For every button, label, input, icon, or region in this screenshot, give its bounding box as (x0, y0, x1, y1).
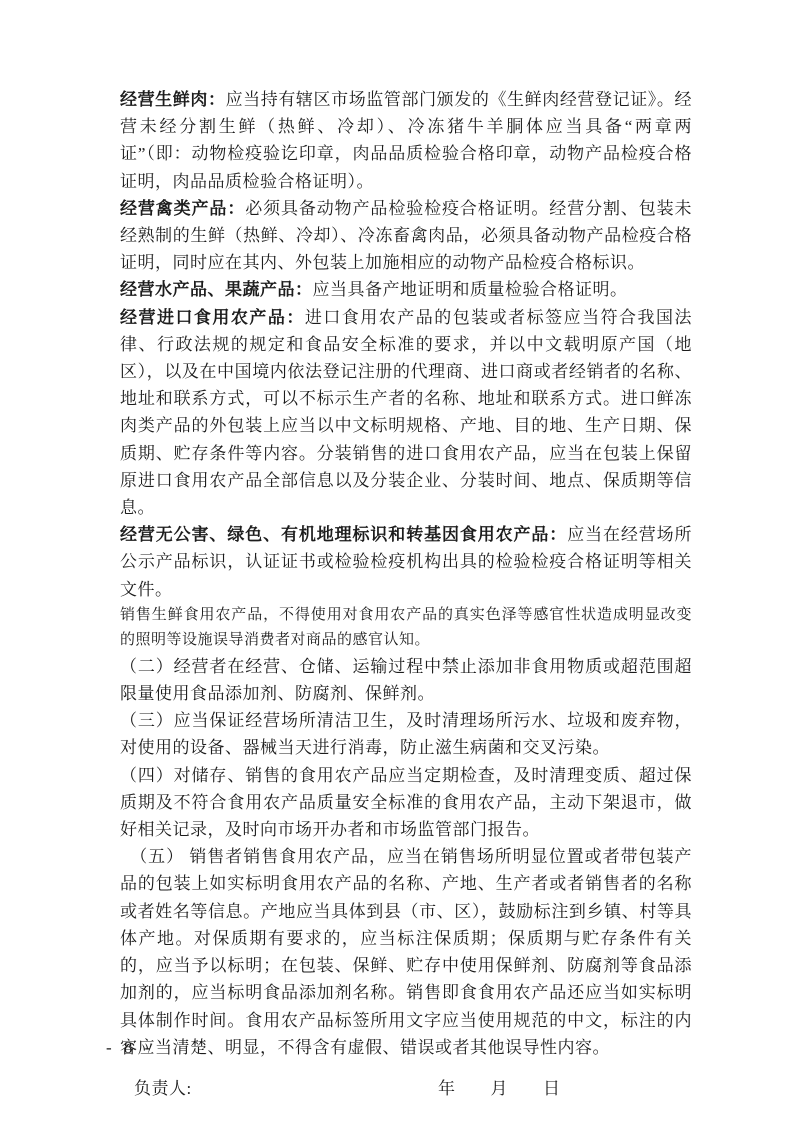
paragraph-text: （五） 销售者销售食用农产品，应当在销售场所明显位置或者带包装产品的包装上如实标… (120, 847, 692, 1056)
paragraph-item-5: （五） 销售者销售食用农产品，应当在销售场所明显位置或者带包装产品的包装上如实标… (120, 843, 692, 1061)
section-heading: 经营禽类产品： (120, 199, 245, 218)
document-body: 经营生鲜肉：应当持有辖区市场监管部门颁发的《生鲜肉经营登记证》。经营未经分割生鲜… (120, 86, 692, 1103)
section-paragraph-aquatic-fruit-vegetable: 经营水产品、果蔬产品：应当具备产地证明和质量检验合格证明。 (120, 276, 692, 303)
paragraph-item-3: （三）应当保证经营场所清洁卫生，及时清理场所污水、垃圾和废弃物，对使用的设备、器… (120, 707, 692, 761)
paragraph-item-2: （二）经营者在经营、仓储、运输过程中禁止添加非食用物质或超范围超限量使用食品添加… (120, 653, 692, 707)
section-heading: 经营水产品、果蔬产品： (120, 280, 313, 299)
section-heading: 经营无公害、绿色、有机地理标识和转基因食用农产品： (120, 525, 567, 544)
section-paragraph-fresh-meat: 经营生鲜肉：应当持有辖区市场监管部门颁发的《生鲜肉经营登记证》。经营未经分割生鲜… (120, 86, 692, 195)
section-heading: 经营生鲜肉： (120, 90, 226, 109)
paragraph-text: 销售生鲜食用农产品，不得使用对食用农产品的真实色泽等感官性状造成明显改变的照明等… (120, 607, 692, 648)
paragraph-text: （四）对储存、销售的食用农产品应当定期检查，及时清理变质、超过保质期及不符合食用… (120, 766, 692, 839)
paragraph-item-4: （四）对储存、销售的食用农产品应当定期检查，及时清理变质、超过保质期及不符合食用… (120, 762, 692, 844)
date-placeholder: 年 月 日 (438, 1075, 561, 1102)
paragraph-fresh-product-lighting: 销售生鲜食用农产品，不得使用对食用农产品的真实色泽等感官性状造成明显改变的照明等… (120, 603, 692, 653)
section-paragraph-certified-agri-products: 经营无公害、绿色、有机地理标识和转基因食用农产品：应当在经营场所公示产品标识，认… (120, 521, 692, 603)
paragraph-text: 进口食用农产品的包装或者标签应当符合我国法律、行政法规的规定和食品安全标准的要求… (120, 308, 692, 517)
paragraph-text: 应当具备产地证明和质量检验合格证明。 (313, 280, 628, 299)
paragraph-text: （三）应当保证经营场所清洁卫生，及时清理场所污水、垃圾和废弃物，对使用的设备、器… (120, 711, 692, 757)
paragraph-text: （二）经营者在经营、仓储、运输过程中禁止添加非食用物质或超范围超限量使用食品添加… (120, 657, 692, 703)
document-page: 经营生鲜肉：应当持有辖区市场监管部门颁发的《生鲜肉经营登记证》。经营未经分割生鲜… (0, 0, 793, 1122)
signature-line: 负责人: 年 月 日 (120, 1075, 692, 1103)
section-paragraph-poultry-products: 经营禽类产品：必须具备动物产品检验检疫合格证明。经营分割、包装未经熟制的生鲜（热… (120, 195, 692, 277)
page-number: - 8 - (106, 1038, 154, 1058)
section-paragraph-imported-agri-products: 经营进口食用农产品：进口食用农产品的包装或者标签应当符合我国法律、行政法规的规定… (120, 304, 692, 522)
responsible-person-label: 负责人: (134, 1075, 192, 1102)
section-heading: 经营进口食用农产品： (120, 308, 305, 327)
